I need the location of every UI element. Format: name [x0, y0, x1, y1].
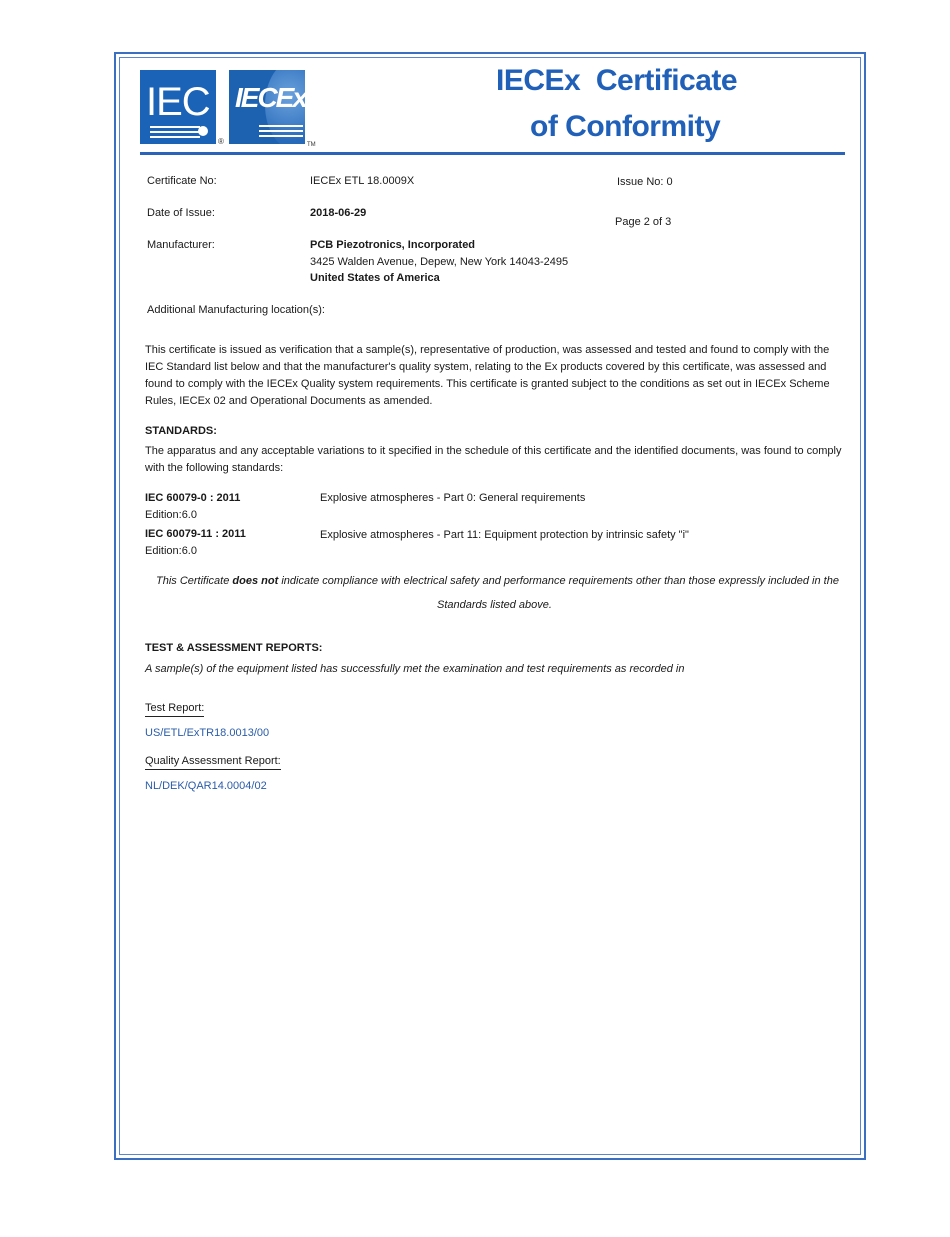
manufacturer-name: PCB Piezotronics, Incorporated	[310, 239, 475, 251]
date-of-issue-label: Date of Issue:	[147, 207, 215, 219]
manufacturer-label: Manufacturer:	[147, 239, 215, 251]
reports-heading: TEST & ASSESSMENT REPORTS:	[145, 642, 322, 654]
manufacturer-country: United States of America	[310, 272, 440, 284]
intro-paragraph: This certificate is issued as verificati…	[145, 342, 840, 410]
certificate-no-value: IECEx ETL 18.0009X	[310, 175, 414, 187]
date-of-issue-value: 2018-06-29	[310, 207, 366, 219]
iec-logo: IEC	[140, 70, 216, 144]
manufacturer-address: 3425 Walden Avenue, Depew, New York 1404…	[310, 256, 568, 268]
standard-description: Explosive atmospheres - Part 0: General …	[320, 492, 585, 504]
issue-no: Issue No: 0	[617, 176, 673, 188]
test-report-label: Test Report:	[145, 702, 204, 717]
standards-intro: The apparatus and any acceptable variati…	[145, 443, 845, 477]
trademark-mark: TM	[307, 142, 316, 148]
qar-link[interactable]: NL/DEK/QAR14.0004/02	[145, 780, 267, 792]
registered-mark: ®	[218, 137, 224, 146]
compliance-disclaimer-line2: Standards listed above.	[437, 599, 552, 611]
compliance-disclaimer: This Certificate does not indicate compl…	[156, 575, 839, 587]
iecex-logo: IECEx	[229, 70, 305, 144]
additional-locations-label: Additional Manufacturing location(s):	[147, 304, 325, 316]
standard-code: IEC 60079-0 : 2011	[145, 492, 240, 504]
header-divider	[140, 152, 845, 155]
reports-intro: A sample(s) of the equipment listed has …	[145, 663, 684, 675]
standard-description: Explosive atmospheres - Part 11: Equipme…	[320, 529, 689, 541]
standard-edition: Edition:6.0	[145, 545, 197, 557]
certificate-title-line2: of Conformity	[530, 110, 720, 144]
standards-heading: STANDARDS:	[145, 425, 217, 437]
standard-code: IEC 60079-11 : 2011	[145, 528, 246, 540]
certificate-no-label: Certificate No:	[147, 175, 217, 187]
standard-edition: Edition:6.0	[145, 509, 197, 521]
test-report-link[interactable]: US/ETL/ExTR18.0013/00	[145, 727, 269, 739]
qar-label: Quality Assessment Report:	[145, 755, 281, 770]
page-number: Page 2 of 3	[615, 216, 671, 228]
certificate-title-line1: IECEx Certificate	[496, 64, 737, 98]
